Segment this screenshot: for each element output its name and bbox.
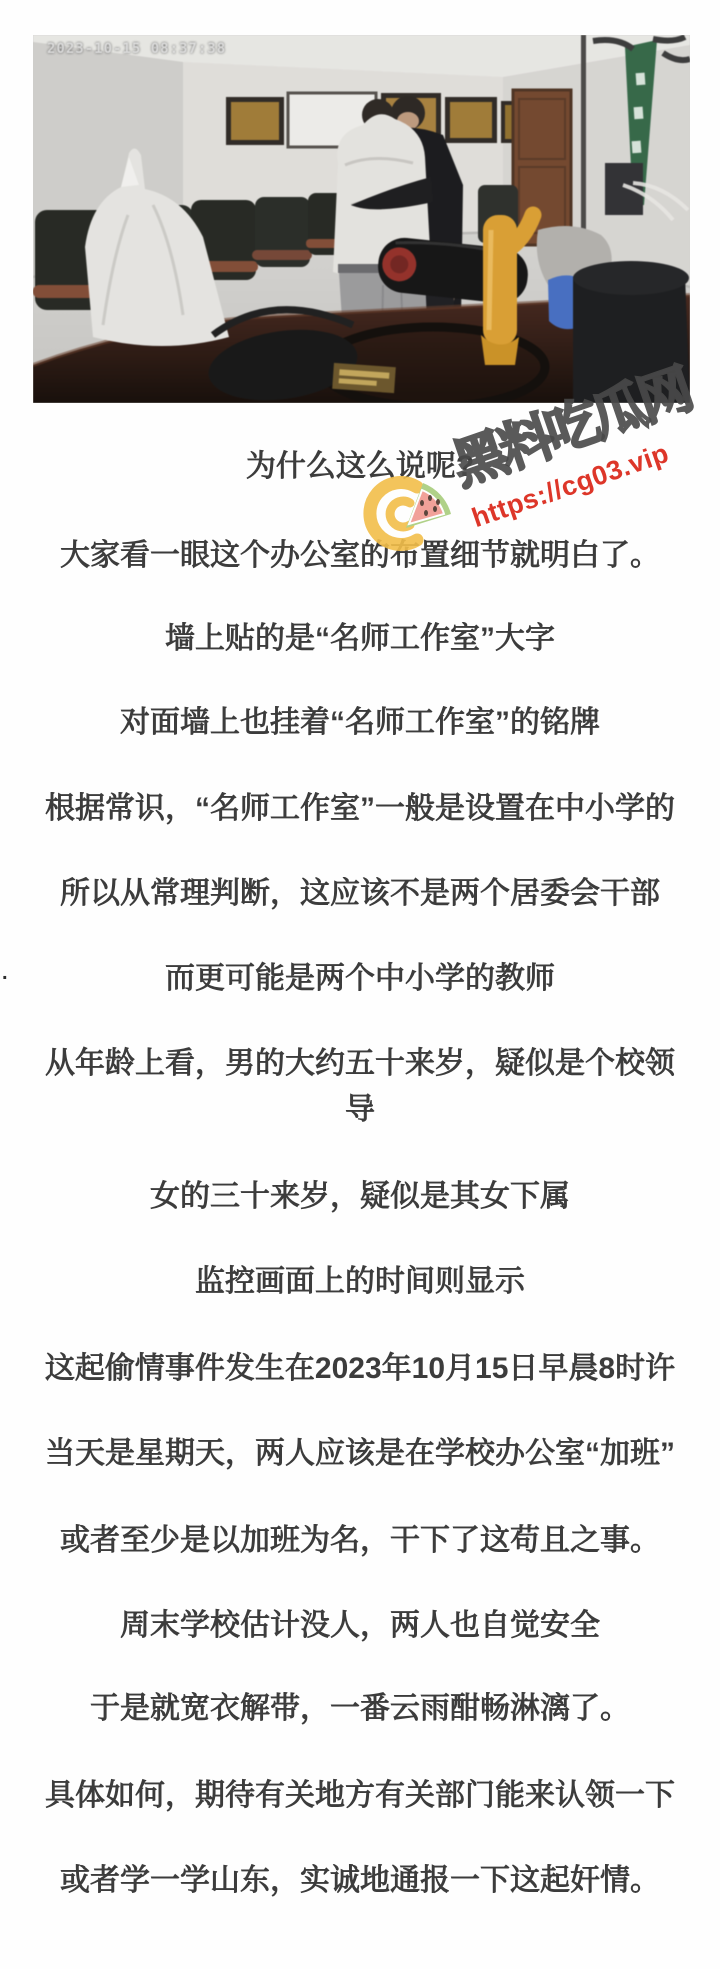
paragraph: 具体如何，期待有关地方有关部门能来认领一下	[0, 1773, 720, 1819]
paragraph: 这起偷情事件发生在2023年10月15日早晨8时许	[0, 1346, 720, 1392]
camera-timestamp: 2023-10-15 08:37:38	[47, 41, 226, 57]
paragraph: 女的三十来岁，疑似是其女下属	[0, 1174, 720, 1220]
paragraph: 周末学校估计没人，两人也自觉安全	[0, 1603, 720, 1649]
paragraph: 或者学一学山东，实诚地通报一下这起奸情。	[0, 1858, 720, 1904]
surveillance-photo[interactable]: 2023-10-15 08:37:38	[33, 35, 690, 403]
paragraph: 大家看一眼这个办公室的布置细节就明白了。	[0, 533, 720, 579]
paragraph: 或者至少是以加班为名，干下了这苟且之事。	[0, 1518, 720, 1564]
paragraph: 于是就宽衣解带，一番云雨酣畅淋漓了。	[0, 1686, 720, 1732]
paragraph: 墙上贴的是“名师工作室”大字	[0, 616, 720, 662]
paragraph: 根据常识，“名师工作室”一般是设置在中小学的	[0, 786, 720, 832]
paragraph: 当天是星期天，两人应该是在学校办公室“加班”	[0, 1431, 720, 1477]
paragraph: 从年龄上看，男的大约五十来岁，疑似是个校领导	[39, 1041, 681, 1133]
paragraph: 为什么这么说呢?	[0, 444, 720, 490]
paragraph: 监控画面上的时间则显示	[0, 1259, 720, 1305]
stray-dot: .	[2, 962, 8, 985]
paragraph: 而更可能是两个中小学的教师	[0, 956, 720, 1002]
desk-plaque	[332, 363, 396, 393]
surveillance-photo-illustration	[33, 35, 690, 403]
paragraph: 对面墙上也挂着“名师工作室”的铭牌	[0, 700, 720, 746]
paragraph: 所以从常理判断，这应该不是两个居委会干部	[0, 871, 720, 917]
